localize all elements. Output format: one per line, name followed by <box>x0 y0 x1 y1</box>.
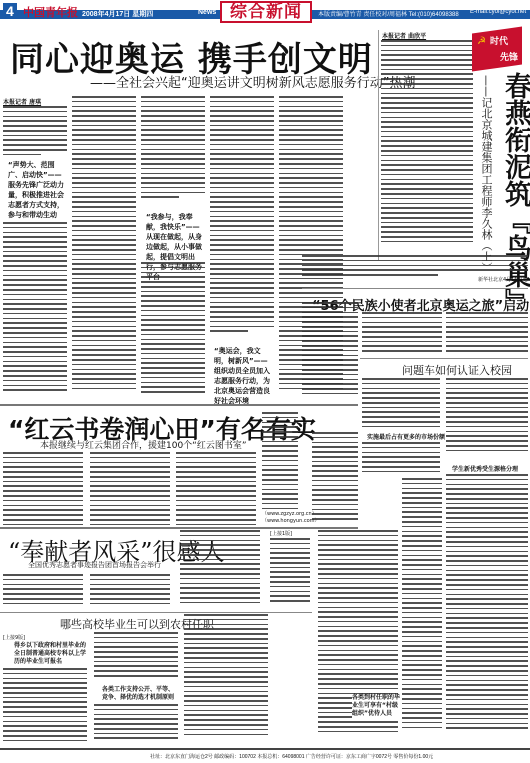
hongyun-body-1 <box>3 452 83 530</box>
exam-body-1 <box>362 378 440 430</box>
feature-subtitle: ——记北京城建集团工程师李久林（上） <box>478 75 494 273</box>
lead-column-1b <box>3 222 67 400</box>
hongyun-subheadline: 本报继续与红云集团合作，援建100个“红云图书室” <box>40 438 247 451</box>
exam-subhead-2: 学生新优秀受生源格分理 <box>452 464 518 473</box>
page-footer: 社址：北京东直门海运仓2号 邮政编码：100702 本报总机：64098001 … <box>0 748 530 763</box>
exam-body-3 <box>446 378 528 458</box>
feature-byline: 本报记者 曲欣平 <box>382 31 426 40</box>
hammer-sickle-icon: ☭ <box>477 36 486 47</box>
exam-headline: 问题车如何认证入校园 <box>402 362 512 378</box>
paper-logo: 中国青年报 <box>23 4 78 20</box>
graduates-question-1: 得乡以下政府和村里毕业的全日制普通高校专科以上学历的毕业生可报名 <box>14 642 89 666</box>
issue-date: 2008年4月17日 星期四 <box>82 9 153 19</box>
lead-byline: 本报记者 唐琪 <box>3 97 41 106</box>
hongyun-body-3 <box>176 452 256 530</box>
side-column <box>312 432 358 527</box>
minority-body-2 <box>446 312 528 354</box>
exam-subhead-1: 实施最后占有更多的市场份额 <box>367 432 445 441</box>
lead-subheadline: ——全社会兴起“迎奥运讲文明树新风志愿服务行动”热潮 <box>90 72 415 91</box>
volunteer-body-3 <box>180 530 260 610</box>
graduates-body-4 <box>184 614 268 744</box>
page-number: 4 <box>3 3 17 19</box>
feature-body <box>381 40 473 250</box>
volunteer-body-4 <box>270 538 310 610</box>
graduates-body-3 <box>94 704 178 744</box>
lead-column-1a <box>3 106 67 162</box>
section-divider <box>0 612 312 613</box>
lead-pull-quote-1: “声势大、范围广、启动快”——服务先锋广泛动力量，积极推进社会志愿者方式支持，参… <box>8 160 66 220</box>
section-divider <box>0 404 358 406</box>
news-label: News <box>198 9 216 16</box>
divider <box>360 358 528 359</box>
badge-line-2: 先锋 <box>500 50 518 63</box>
hongyun-body-2 <box>90 452 170 530</box>
hongyun-body-4 <box>262 412 298 518</box>
badge-line-1: 时代 <box>490 34 508 47</box>
lead-column-6 <box>302 302 358 400</box>
footer-text: 社址：北京东直门海运仓2号 邮政编码：100702 本报总机：64098001 … <box>150 753 433 760</box>
feature-continuation <box>302 255 528 277</box>
column-divider <box>378 30 379 260</box>
graduates-body-2 <box>94 632 178 682</box>
exam-body-5 <box>402 478 442 743</box>
lead-column-3b <box>141 262 205 400</box>
section-divider <box>0 527 358 529</box>
minority-body-1 <box>362 312 442 354</box>
graduates-body-1 <box>3 668 87 744</box>
volunteer-tag: [上接1版] <box>270 530 292 537</box>
volunteer-subheadline: 全国优秀志愿者事迹报告团首场报告会举行 <box>28 560 161 570</box>
exam-body-4 <box>446 474 528 744</box>
editor-line: 本版责编/曹竹青 责任校对/周福林 Tel:(010)64098388 <box>318 9 459 18</box>
lead-pull-quote-3: “奥运会，我文明，树新风”——组织动员全员加入志愿服务行动，为北京奥运会营造良好… <box>214 346 274 406</box>
graduates-tag: [上接9版] <box>3 634 25 641</box>
lead-column-3a <box>141 96 205 206</box>
section-title: 综合新闻 <box>220 1 312 23</box>
hongyun-web-link-1[interactable]: （www.zgzyz.org.cn） <box>262 510 317 517</box>
feature-date-line: 新华社北京4月16日电 <box>478 276 528 283</box>
exam-body-2 <box>362 442 440 474</box>
lead-column-2 <box>72 96 136 400</box>
lead-column-4a <box>210 96 274 344</box>
editor-email: E-mail:cyol@cyol.net <box>470 9 526 15</box>
volunteer-body-1 <box>3 574 83 610</box>
graduates-question-2: 各类工作支持公开、平等、竞争、择优的选才机制原则 <box>102 686 178 702</box>
graduates-question-3: 各类到村任职的毕业生可享有“村级组织”优待人员 <box>352 694 400 718</box>
volunteer-body-2 <box>90 574 170 610</box>
divider <box>302 288 528 289</box>
hongyun-web-link-2[interactable]: （www.hongyun.com） <box>262 517 320 524</box>
